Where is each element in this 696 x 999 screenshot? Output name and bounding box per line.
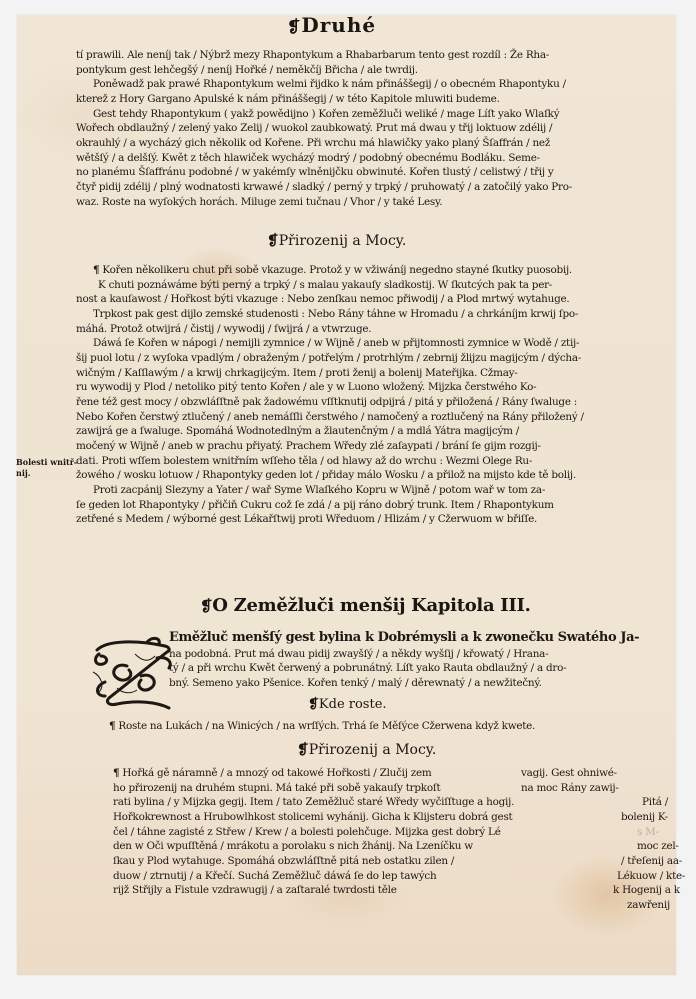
marginal-note: Bolesti wnitř- nij. [16, 457, 77, 479]
text-line: tí prawili. Ale neníj tak / Nýbrž mezy R… [76, 49, 549, 62]
text-line: ¶Kořen několikeru chut při sobě vkazuge.… [93, 264, 572, 277]
text-line-right: / třeſenij aa- [621, 855, 682, 868]
text-line: ſe geden lot Rhapontyky / přičiň Cukru c… [76, 499, 554, 512]
text-line: zetřené s Medem / wýborné gest Lékařſtwi… [76, 513, 537, 526]
pilcrow-icon: ¶ [93, 264, 99, 276]
text-line-right: s M- [637, 826, 659, 839]
text-line: čel / táhne zagisté z Střew / Krew / a b… [113, 826, 501, 839]
text-line: Proti zacpánij Slezyny a Yater / wař Sym… [93, 484, 545, 497]
text-line: Hořkokrewnost a Hrubowlhkost stolicemi w… [113, 811, 512, 824]
text-line-right: k Hogenij a k [613, 884, 680, 897]
pilcrow-icon: ¶ [109, 720, 115, 732]
text-line: nost a kauſawost / Hořkost býti vkazuge … [76, 293, 569, 306]
text-line-right: bolenij K- [621, 811, 668, 824]
paragraph-mark-icon: ❡ [267, 233, 279, 249]
pilcrow-icon: ¶ [113, 767, 119, 779]
text-line: K chuti poznáwáme býti perný a trpký / s… [98, 279, 552, 292]
text-line: šij puol lotu / z wyſoka vpadlým / obraž… [76, 352, 581, 365]
chapter-title: ❡O Zeměžluči menšij Kapitola III. [200, 595, 531, 616]
text-line: rijž Střijly a Fistule vzdrawugij / a za… [113, 884, 397, 897]
marginal-note-line: Bolesti wnitř- [16, 457, 77, 468]
text-line: waz. Roste na wyſokých horách. Miluge ze… [76, 196, 442, 209]
text-line: rati bylina / y Mijzka gegij. Item / tat… [113, 796, 514, 809]
text-line-right: moc zel- [637, 840, 679, 853]
section-heading-nature: ❡Přirozenij a Mocy. [267, 233, 406, 249]
text-line: močený w Wijně / aneb w prachu přiyatý. … [76, 440, 541, 453]
section-heading-where-grows: ❡Kde roste. [308, 697, 387, 712]
text-line: bný. Semeno yako Pšenice. Kořen tenký / … [169, 677, 542, 690]
text-line: ¶Roste na Lukách / na Winicých / na wrſſ… [109, 720, 535, 733]
text-line: zawijrá ge a ſwaluge. Spomáhá Wodnotedln… [76, 425, 519, 438]
text-line: ¶Hořká gě náramně / a mnozý od takowé Ho… [113, 767, 431, 780]
text-line: ſkau y Plod wytahuge. Spomáhá obzwláſſtn… [113, 855, 454, 868]
paragraph-mark-icon: ❡ [297, 742, 309, 758]
text-line: okrauhlý / a wycházý gich několik od Koř… [76, 137, 550, 150]
paragraph-mark-icon: ❡ [308, 697, 319, 712]
paragraph-mark-icon: ❡ [287, 17, 301, 36]
text-line: pontykum gest lehčegšý / neníj Hořké / n… [76, 64, 418, 77]
text-line: den w Oči wpuſſtěná / mrákotu a porolaku… [113, 840, 473, 853]
text-line: wětšſý / a delšſý. Kwět z těch hlawiček … [76, 152, 540, 165]
text-line: wičným / Kaſſlawým / a krwij chrkagijcým… [76, 367, 518, 380]
text-line: Trpkost pak gest dijlo zemské studenosti… [93, 308, 578, 321]
drop-cap-z-icon [87, 632, 179, 716]
running-head: ❡Druhé [287, 13, 376, 37]
text-line-right: vagij. Gest ohniwé- [521, 767, 617, 780]
text-line: máhá. Protož otwijrá / čistij / wywodij … [76, 323, 371, 336]
text-line: na podobná. Prut má dwau pidij zwayšſý /… [169, 648, 548, 661]
text-line: Poněwadž pak prawé Rhapontykum welmi řij… [93, 78, 566, 91]
text-line: Dáwá ſe Kořen w nápogi / nemijli zymnice… [93, 337, 579, 350]
text-line: Nebo Kořen čerstwý ztlučený / aneb nemáſ… [76, 411, 584, 424]
text-line: Eměžluč menšſý gest bylina k Dobrémysli … [169, 631, 639, 644]
ornamental-drop-cap [87, 632, 179, 716]
text-line: kterež z Hory Gargano Apulské k nám přin… [76, 93, 500, 106]
text-line: ru wywodij y Plod / netoliko pitý tento … [76, 381, 536, 394]
text-line-right: na moc Rány zawij- [521, 782, 619, 795]
text-line: řene též gest mocy / obzwláſſtně pak žad… [76, 396, 577, 409]
paragraph-mark-icon: ❡ [200, 597, 212, 615]
text-line: žowého / wosku lotuow / Rhapontyky geden… [76, 469, 576, 482]
text-line: Gest tehdy Rhapontykum ( yakž powědijno … [93, 108, 559, 121]
text-line: no planému Šſaffránu podobné / w yakémſy… [76, 166, 554, 179]
section-heading-nature-2: ❡Přirozenij a Mocy. [297, 742, 436, 758]
text-line-right: Pitá / [642, 796, 668, 809]
manuscript-page: ❡Druhé tí prawili. Ale neníj tak / Nýbrž… [17, 15, 676, 975]
marginal-note-line: nij. [16, 468, 77, 479]
text-line: Wořech obdlaužný / zelený yako Zelij / w… [76, 122, 552, 135]
text-line-right: Lékuow / kte- [617, 870, 685, 883]
text-line-right: zawřenij [627, 899, 670, 912]
text-line: dati. Proti wſſem bolestem wnitřním wſſe… [76, 455, 532, 468]
text-line: tý / a při wrchu Kwět čerwený a pobrunát… [169, 662, 566, 675]
text-line: duow / ztrnutij / a Křečí. Suchá Zeměžlu… [113, 870, 436, 883]
text-line: ho přirozenij na druhém stupni. Má také … [113, 782, 440, 795]
text-line: čtyř pidij zdélij / plný wodnatosti krwa… [76, 181, 572, 194]
